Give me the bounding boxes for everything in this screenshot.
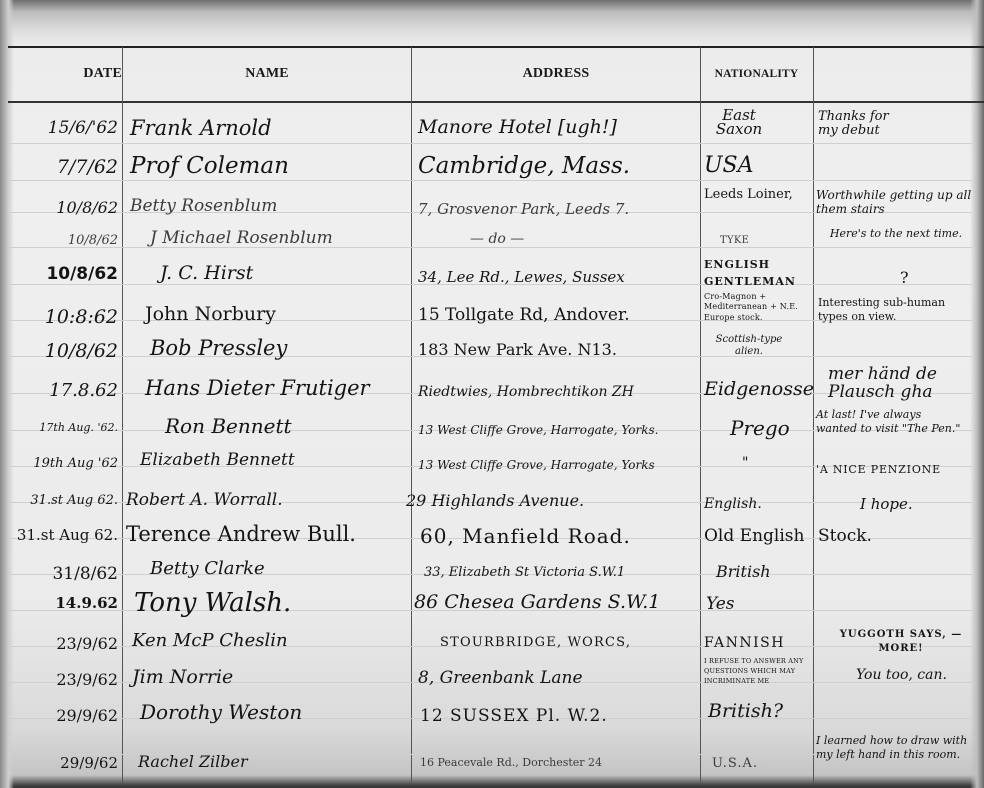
entry-name: Betty Rosenblum xyxy=(130,198,277,215)
column-header-address: ADDRESS xyxy=(412,48,700,100)
entry-name: Rachel Zilber xyxy=(138,754,248,770)
entry-name: Prof Coleman xyxy=(130,155,289,178)
entry-name: Frank Arnold xyxy=(130,118,272,139)
entry-nationality: British xyxy=(716,564,822,580)
entry-date: 23/9/62 xyxy=(14,636,118,652)
column-divider xyxy=(122,47,123,784)
entry-name: Hans Dieter Frutiger xyxy=(145,378,370,399)
entry-nationality: Yes xyxy=(706,596,812,613)
entry-date: 10/8/62 xyxy=(14,234,118,247)
entry-date: 17.8.62 xyxy=(14,382,118,400)
entry-name: Terence Andrew Bull. xyxy=(126,524,356,545)
entry-date: 17th Aug. '62. xyxy=(14,422,118,433)
entry-date: 15/6/'62 xyxy=(14,120,118,137)
header-rule xyxy=(8,101,984,103)
visitors-book-page: DATE NAME ADDRESS NATIONALITY 15/6/'62 F… xyxy=(0,0,984,788)
entry-address: 34, Lee Rd., Lewes, Sussex xyxy=(418,270,625,285)
entry-nationality: TYKE xyxy=(720,236,826,246)
entry-name: Ken McP Cheslin xyxy=(132,632,288,650)
entry-remarks: mer händ de Plausch gha xyxy=(828,366,968,402)
entry-name: J Michael Rosenblum xyxy=(150,230,333,247)
entry-nationality: Old English xyxy=(704,528,810,545)
entry-date: 10/8/62 xyxy=(14,266,118,283)
entry-nationality: USA xyxy=(704,155,810,177)
entry-name: Robert A. Worrall. xyxy=(126,492,283,509)
entry-name: J. C. Hirst xyxy=(160,264,253,283)
entry-date: 14.9.62 xyxy=(14,596,118,611)
entry-remarks: Worthwhile getting up all them stairs xyxy=(816,188,974,217)
entry-remarks: ? xyxy=(900,270,984,286)
entry-name: Betty Clarke xyxy=(150,560,265,578)
entry-address: Cambridge, Mass. xyxy=(418,155,630,178)
entry-nationality: Leeds Loiner, xyxy=(704,188,794,202)
entry-address: 13 West Cliffe Grove, Harrogate, Yorks xyxy=(418,459,655,471)
entry-address: 7, Grosvenor Park, Leeds 7. xyxy=(418,202,629,217)
entry-name: Tony Walsh. xyxy=(134,590,291,616)
column-divider xyxy=(411,47,412,784)
entry-nationality: Cro-Magnon + Mediterranean + N.E. Europe… xyxy=(704,292,812,323)
entry-remarks: At last! I've always wanted to visit "Th… xyxy=(816,408,962,436)
entry-nationality: East Saxon xyxy=(704,108,774,137)
entry-date: 10/8/62 xyxy=(14,200,118,216)
entry-remarks: Here's to the next time. xyxy=(826,228,966,240)
entry-remarks: I hope. xyxy=(860,497,984,512)
entry-nationality: FANNISH xyxy=(704,636,810,650)
entry-address: 13 West Cliffe Grove, Harrogate, Yorks. xyxy=(418,424,658,436)
entry-remarks: YUGGOTH SAYS, — MORE! xyxy=(826,628,976,655)
entry-remarks: Stock. xyxy=(818,528,978,545)
entry-address: 16 Peacevale Rd., Dorchester 24 xyxy=(420,757,602,768)
entry-date: 29/9/62 xyxy=(14,708,118,724)
entry-name: Jim Norrie xyxy=(132,668,233,687)
entry-remarks: I learned how to draw with my left hand … xyxy=(816,734,976,762)
ruled-line xyxy=(10,143,972,144)
entry-nationality: Eidgenosse xyxy=(704,380,810,399)
entry-name: Dorothy Weston xyxy=(140,702,302,722)
entry-nationality: British? xyxy=(708,702,814,721)
entry-address: 8, Greenbank Lane xyxy=(418,670,583,687)
entry-address: STOURBRIDGE, WORCS, xyxy=(440,636,631,649)
entry-address: 60, Manfield Road. xyxy=(420,526,631,546)
column-header-nationality: NATIONALITY xyxy=(700,48,813,100)
entry-nationality: Scottish-type alien. xyxy=(704,334,794,358)
entry-name: Elizabeth Bennett xyxy=(140,452,295,469)
entry-remarks: You too, can. xyxy=(856,668,984,682)
entry-nationality: ENGLISH GENTLEMAN xyxy=(704,256,814,290)
column-divider xyxy=(700,47,701,784)
entry-name: Bob Pressley xyxy=(150,338,287,359)
entry-address: — do — xyxy=(470,232,524,246)
column-header-name: NAME xyxy=(123,48,411,100)
entry-address: 15 Tollgate Rd, Andover. xyxy=(418,307,630,324)
entry-nationality: English. xyxy=(704,497,810,511)
entry-name: Ron Bennett xyxy=(165,416,292,436)
entry-remarks: Interesting sub-human types on view. xyxy=(818,296,968,325)
entry-date: 31.st Aug 62. xyxy=(14,528,118,543)
entry-nationality: U.S.A. xyxy=(712,757,818,770)
entry-address: 29 Highlands Avenue. xyxy=(406,493,584,509)
entry-date: 31.st Aug 62. xyxy=(14,494,118,507)
entry-date: 19th Aug '62 xyxy=(14,457,118,470)
entry-date: 31/8/62 xyxy=(14,566,118,583)
entry-date: 29/9/62 xyxy=(14,756,118,771)
entry-address: 183 New Park Ave. N13. xyxy=(418,342,617,358)
entry-remarks: Thanks for my debut xyxy=(818,110,908,139)
entry-address: Riedtwies, Hombrechtikon ZH xyxy=(418,385,634,399)
entry-address: 33, Elizabeth St Victoria S.W.1 xyxy=(424,566,625,579)
entry-date: 7/7/62 xyxy=(14,158,118,177)
column-header-date: DATE xyxy=(58,48,126,100)
page-binding-shadow xyxy=(0,0,14,788)
entry-date: 23/9/62 xyxy=(14,672,118,688)
ruled-line xyxy=(10,180,972,181)
entry-nationality: I REFUSE TO ANSWER ANY QUESTIONS WHICH M… xyxy=(704,656,808,686)
entry-address: Manore Hotel [ugh!] xyxy=(418,118,617,137)
entry-date: 10/8/62 xyxy=(14,342,118,361)
column-divider xyxy=(813,47,814,784)
entry-address: 12 SUSSEX Pl. W.2. xyxy=(420,708,608,725)
entry-address: 86 Chesea Gardens S.W.1 xyxy=(414,593,660,612)
entry-name: John Norbury xyxy=(145,305,276,324)
entry-date: 10:8:62 xyxy=(14,308,118,327)
entry-remarks: 'A NICE PENZIONE xyxy=(816,464,976,475)
